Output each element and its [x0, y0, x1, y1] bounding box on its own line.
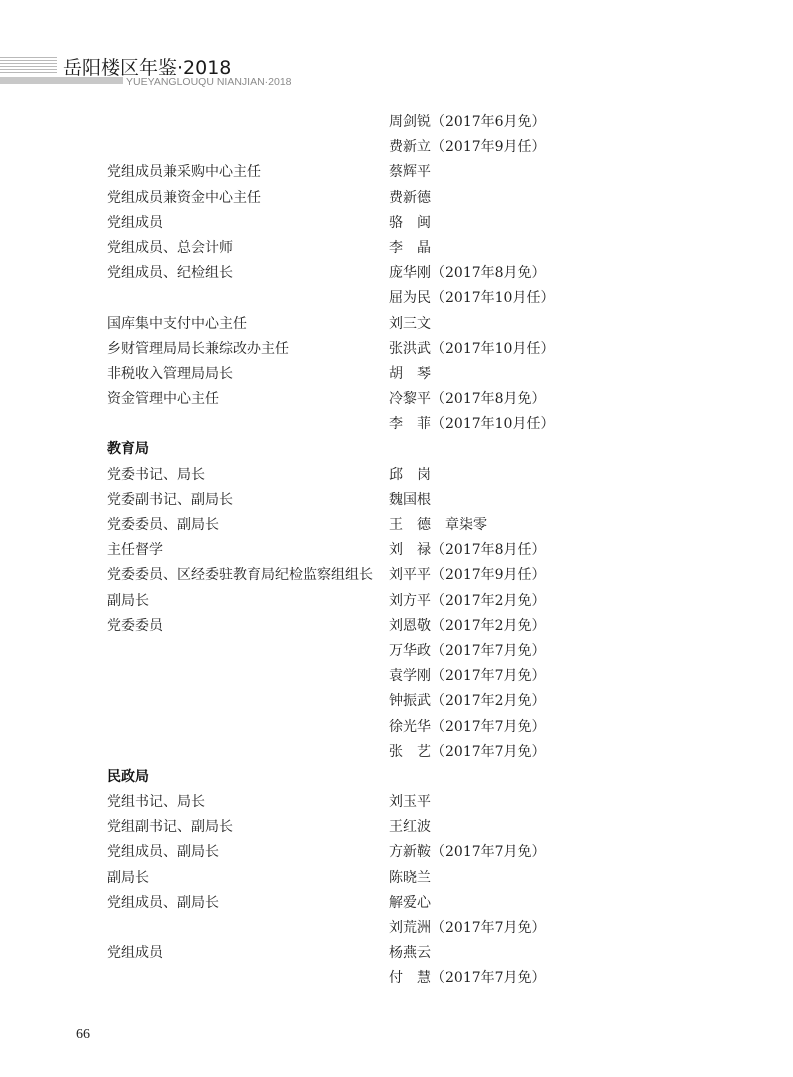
person-name: 李 菲（2017年10月任）: [389, 412, 554, 437]
position-title: 党委委员: [107, 614, 163, 639]
position-title: 资金管理中心主任: [107, 387, 219, 412]
person-name: 庞华刚（2017年8月免）: [389, 261, 546, 286]
list-item: 周剑锐（2017年6月免）: [107, 110, 577, 135]
position-title: 党组成员、副局长: [107, 840, 219, 865]
list-item: 副局长刘方平（2017年2月免）: [107, 589, 577, 614]
person-name: 陈晓兰: [389, 866, 431, 891]
list-item: 屈为民（2017年10月任）: [107, 286, 577, 311]
position-title: 党组成员、副局长: [107, 891, 219, 916]
position-title: 党组成员、总会计师: [107, 236, 233, 261]
position-title: 乡财管理局局长兼综改办主任: [107, 337, 289, 362]
running-header-subtitle: YUEYANGLOUQU NIANJIAN·2018: [126, 76, 292, 88]
list-item: 刘荒洲（2017年7月免）: [107, 916, 577, 941]
position-title: 副局长: [107, 866, 149, 891]
person-name: 刘恩敬（2017年2月免）: [389, 614, 546, 639]
person-name: 刘玉平: [389, 790, 431, 815]
person-name: 魏国根: [389, 488, 431, 513]
person-name: 冷黎平（2017年8月免）: [389, 387, 546, 412]
person-name: 刘平平（2017年9月任）: [389, 563, 546, 588]
list-item: 徐光华（2017年7月免）: [107, 715, 577, 740]
position-title: 党组成员: [107, 211, 163, 236]
list-item: 党组副书记、副局长王红波: [107, 815, 577, 840]
list-item: 钟振武（2017年2月免）: [107, 689, 577, 714]
person-name: 周剑锐（2017年6月免）: [389, 110, 546, 135]
list-item: 党组成员兼资金中心主任费新德: [107, 186, 577, 211]
list-item: 主任督学刘 禄（2017年8月任）: [107, 538, 577, 563]
position-title: 副局长: [107, 589, 149, 614]
person-name: 费新立（2017年9月任）: [389, 135, 546, 160]
person-name: 徐光华（2017年7月免）: [389, 715, 546, 740]
position-title: 党委副书记、副局长: [107, 488, 233, 513]
section-heading: 民政局: [107, 765, 577, 790]
position-title: 主任督学: [107, 538, 163, 563]
list-item: 党组成员、副局长方新鞍（2017年7月免）: [107, 840, 577, 865]
list-item: 党组成员兼采购中心主任蔡辉平: [107, 160, 577, 185]
person-name: 张 艺（2017年7月免）: [389, 740, 546, 765]
list-item: 副局长陈晓兰: [107, 866, 577, 891]
person-name: 李 晶: [389, 236, 431, 261]
list-item: 党组成员、总会计师李 晶: [107, 236, 577, 261]
position-title: 党组书记、局长: [107, 790, 205, 815]
person-name: 骆 闽: [389, 211, 431, 236]
list-item: 万华政（2017年7月免）: [107, 639, 577, 664]
list-item: 乡财管理局局长兼综改办主任张洪武（2017年10月任）: [107, 337, 577, 362]
header-stripes-decoration: [0, 57, 57, 73]
person-name: 刘 禄（2017年8月任）: [389, 538, 546, 563]
person-name: 王 德 章柒零: [389, 513, 487, 538]
person-name: 邱 岗: [389, 463, 431, 488]
list-item: 国库集中支付中心主任刘三文: [107, 312, 577, 337]
person-name: 袁学刚（2017年7月免）: [389, 664, 546, 689]
person-name: 张洪武（2017年10月任）: [389, 337, 554, 362]
position-title: 国库集中支付中心主任: [107, 312, 247, 337]
position-title: 党组成员兼资金中心主任: [107, 186, 261, 211]
list-item: 李 菲（2017年10月任）: [107, 412, 577, 437]
person-name: 解爱心: [389, 891, 431, 916]
list-item: 党组成员、纪检组长庞华刚（2017年8月免）: [107, 261, 577, 286]
list-item: 党委委员、副局长王 德 章柒零: [107, 513, 577, 538]
list-item: 党委委员刘恩敬（2017年2月免）: [107, 614, 577, 639]
position-title: 党委委员、副局长: [107, 513, 219, 538]
list-item: 党委委员、区经委驻教育局纪检监察组组长刘平平（2017年9月任）: [107, 563, 577, 588]
position-title: 党组成员、纪检组长: [107, 261, 233, 286]
position-title: 非税收入管理局局长: [107, 362, 233, 387]
person-name: 杨燕云: [389, 941, 431, 966]
list-item: 非税收入管理局局长胡 琴: [107, 362, 577, 387]
person-name: 胡 琴: [389, 362, 431, 387]
list-item: 党委书记、局长邱 岗: [107, 463, 577, 488]
person-name: 刘荒洲（2017年7月免）: [389, 916, 546, 941]
person-name: 刘方平（2017年2月免）: [389, 589, 546, 614]
person-name: 蔡辉平: [389, 160, 431, 185]
person-name: 万华政（2017年7月免）: [389, 639, 546, 664]
position-title: 党组副书记、副局长: [107, 815, 233, 840]
person-name: 刘三文: [389, 312, 431, 337]
personnel-list: 周剑锐（2017年6月免）费新立（2017年9月任）党组成员兼采购中心主任蔡辉平…: [107, 110, 577, 992]
list-item: 资金管理中心主任冷黎平（2017年8月免）: [107, 387, 577, 412]
list-item: 党组成员、副局长解爱心: [107, 891, 577, 916]
position-title: 党委委员、区经委驻教育局纪检监察组组长: [107, 563, 373, 588]
person-name: 付 慧（2017年7月免）: [389, 966, 546, 991]
person-name: 费新德: [389, 186, 431, 211]
person-name: 钟振武（2017年2月免）: [389, 689, 546, 714]
section-heading: 教育局: [107, 437, 577, 462]
list-item: 党组成员杨燕云: [107, 941, 577, 966]
person-name: 方新鞍（2017年7月免）: [389, 840, 546, 865]
list-item: 党委副书记、副局长魏国根: [107, 488, 577, 513]
person-name: 王红波: [389, 815, 431, 840]
list-item: 袁学刚（2017年7月免）: [107, 664, 577, 689]
list-item: 党组书记、局长刘玉平: [107, 790, 577, 815]
list-item: 党组成员骆 闽: [107, 211, 577, 236]
page-number: 66: [76, 1027, 90, 1043]
person-name: 屈为民（2017年10月任）: [389, 286, 554, 311]
list-item: 费新立（2017年9月任）: [107, 135, 577, 160]
list-item: 张 艺（2017年7月免）: [107, 740, 577, 765]
list-item: 付 慧（2017年7月免）: [107, 966, 577, 991]
position-title: 党组成员: [107, 941, 163, 966]
position-title: 党组成员兼采购中心主任: [107, 160, 261, 185]
position-title: 党委书记、局长: [107, 463, 205, 488]
